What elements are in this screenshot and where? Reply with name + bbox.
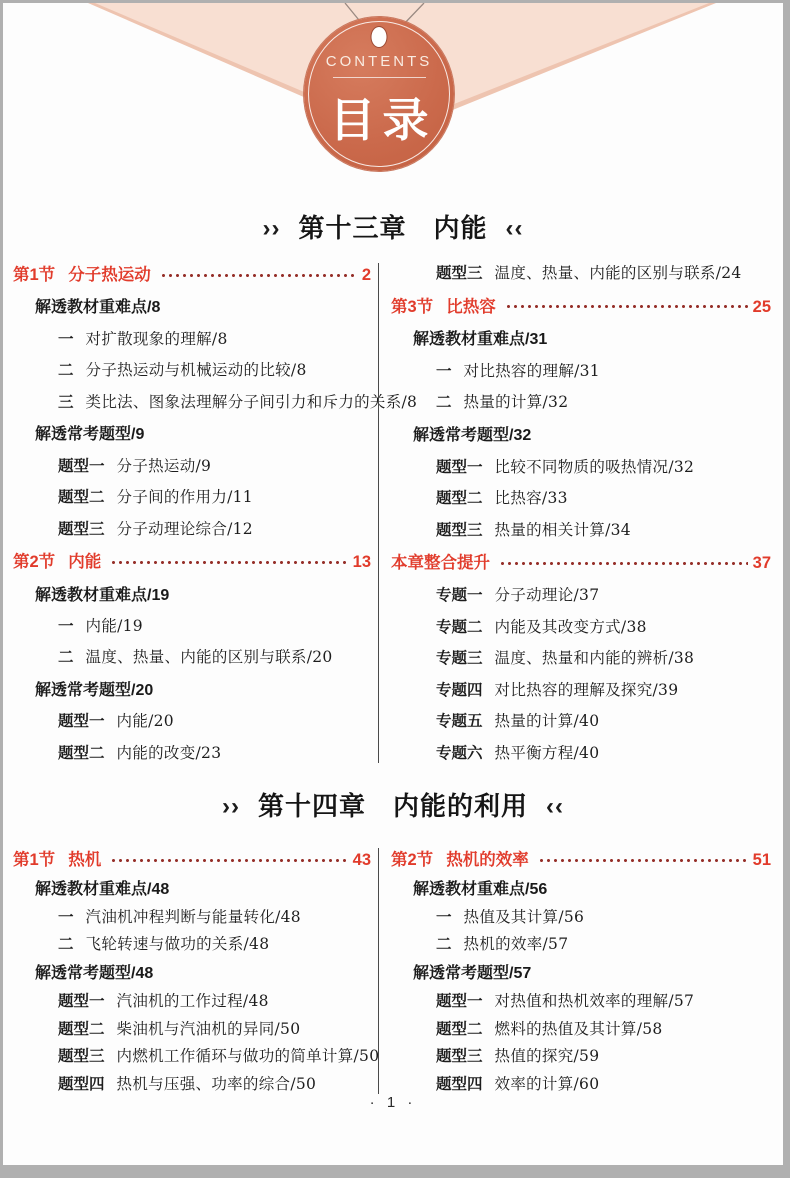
item-text: 热量的相关计算/34 [495, 518, 631, 540]
chapter-title: 第十三章 内能 [298, 213, 487, 243]
item-text: 分子热运动与机械运动的比较/8 [86, 358, 307, 380]
chapter-heading: ››第十四章 内能的利用‹‹ [3, 786, 783, 823]
scanned-page: CONTENTS 目录 ››第十三章 内能‹‹第1节分子热运动2解透教材重难点/… [3, 3, 783, 1165]
item-prefix: 二 [436, 390, 452, 412]
chevron-right-icon: ›› [222, 793, 240, 820]
section-title: 比热容 [446, 293, 496, 317]
item-text: 飞轮转速与做功的关系/48 [86, 932, 270, 954]
item-prefix: 一 [58, 327, 74, 349]
item-text: 分子间的作用力/11 [117, 485, 253, 507]
item-text: 对比热容的理解/31 [464, 359, 600, 381]
item-text: 汽油机冲程判断与能量转化/48 [86, 905, 301, 927]
item-text: 类比法、图象法理解分子间引力和斥力的关系/8 [86, 390, 418, 412]
chevron-right-icon: ›› [263, 215, 281, 242]
toc-item-row: 二飞轮转速与做功的关系/48 [13, 932, 371, 954]
item-prefix: 题型三 [436, 1044, 483, 1066]
toc-bold-row: 解透教材重难点/8 [13, 294, 371, 317]
section-label: 第2节 [13, 548, 55, 572]
toc-item-row: 专题四对比热容的理解及探究/39 [391, 678, 771, 700]
toc-bold-row: 解透常考题型/9 [13, 421, 371, 444]
toc-section-row: 第2节热机的效率51 [391, 846, 771, 870]
toc-section-row: 本章整合提升37 [391, 549, 771, 573]
item-prefix: 题型二 [58, 485, 105, 507]
item-prefix: 二 [58, 932, 74, 954]
toc-bold-row: 解透教材重难点/48 [13, 876, 371, 899]
item-prefix: 一 [436, 905, 452, 927]
toc-item-row: 一热值及其计算/56 [391, 905, 771, 927]
toc-item-row: 题型二分子间的作用力/11 [13, 485, 371, 507]
toc-item-row: 一内能/19 [13, 614, 371, 636]
toc-bold-row: 解透常考题型/20 [13, 677, 371, 700]
toc-bold-row: 解透常考题型/48 [13, 960, 371, 983]
item-prefix: 一 [58, 905, 74, 927]
dotted-leader [110, 858, 347, 863]
toc-column-right: 第2节热机的效率51解透教材重难点/56一热值及其计算/56二热机的效率/57解… [391, 844, 771, 1096]
toc-item-row: 一对扩散现象的理解/8 [13, 327, 371, 349]
item-prefix: 题型一 [58, 989, 105, 1011]
item-text: 效率的计算/60 [495, 1072, 600, 1094]
dotted-leader [505, 304, 748, 309]
toc-item-row: 题型三温度、热量、内能的区别与联系/24 [391, 261, 771, 283]
item-text: 对扩散现象的理解/8 [86, 327, 228, 349]
toc-item-row: 题型二内能的改变/23 [13, 741, 371, 763]
section-label: 第1节 [13, 846, 55, 870]
item-text: 热值的探究/59 [495, 1044, 600, 1066]
section-page-number: 43 [353, 851, 371, 870]
item-text: 温度、热量、内能的区别与联系/20 [86, 645, 333, 667]
item-prefix: 题型一 [436, 455, 483, 477]
item-prefix: 三 [58, 390, 74, 412]
item-prefix: 一 [436, 359, 452, 381]
section-title: 热机 [68, 846, 101, 870]
toc-item-row: 题型二比热容/33 [391, 486, 771, 508]
item-text: 汽油机的工作过程/48 [117, 989, 269, 1011]
section-page-number: 2 [362, 266, 371, 285]
item-text: 内能/20 [117, 709, 174, 731]
column-divider [378, 848, 379, 1094]
item-prefix: 专题五 [436, 709, 483, 731]
chevron-left-icon: ‹‹ [546, 793, 564, 820]
dotted-leader [110, 560, 347, 565]
item-text: 热量的计算/32 [464, 390, 569, 412]
badge-title: 目录 [304, 84, 454, 150]
item-text: 比较不同物质的吸热情况/32 [495, 455, 695, 477]
contents-badge: CONTENTS 目录 [304, 17, 454, 171]
toc-item-row: 题型一对热值和热机效率的理解/57 [391, 989, 771, 1011]
item-text: 内燃机工作循环与做功的简单计算/50 [117, 1044, 380, 1066]
badge-contents-label: CONTENTS [304, 53, 454, 70]
badge-divider-line [333, 77, 426, 78]
section-title: 内能 [68, 548, 101, 572]
item-prefix: 专题一 [436, 583, 483, 605]
toc-column-left: 第1节热机43解透教材重难点/48一汽油机冲程判断与能量转化/48二飞轮转速与做… [13, 844, 371, 1096]
badge-tag-hole [371, 26, 388, 48]
item-prefix: 题型三 [58, 1044, 105, 1066]
toc-item-row: 题型三分子动理论综合/12 [13, 517, 371, 539]
item-text: 温度、热量、内能的区别与联系/24 [495, 261, 742, 283]
toc-item-row: 题型一分子热运动/9 [13, 454, 371, 476]
item-prefix: 专题四 [436, 678, 483, 700]
item-prefix: 专题二 [436, 615, 483, 637]
toc-item-row: 题型四热机与压强、功率的综合/50 [13, 1072, 371, 1094]
item-text: 热平衡方程/40 [495, 741, 600, 763]
section-page-number: 13 [353, 553, 371, 572]
item-text: 比热容/33 [495, 486, 568, 508]
chevron-left-icon: ‹‹ [506, 215, 524, 242]
toc-column-left: 第1节分子热运动2解透教材重难点/8一对扩散现象的理解/8二分子热运动与机械运动… [13, 259, 371, 765]
toc-item-row: 题型三热值的探究/59 [391, 1044, 771, 1066]
item-prefix: 题型三 [58, 517, 105, 539]
section-page-number: 25 [753, 298, 771, 317]
toc-item-row: 二温度、热量、内能的区别与联系/20 [13, 645, 371, 667]
item-prefix: 二 [58, 645, 74, 667]
section-page-number: 37 [753, 554, 771, 573]
toc-item-row: 题型二燃料的热值及其计算/58 [391, 1017, 771, 1039]
toc-section-row: 第1节分子热运动2 [13, 261, 371, 285]
dotted-leader [499, 561, 748, 566]
item-text: 对热值和热机效率的理解/57 [495, 989, 695, 1011]
toc-item-row: 一对比热容的理解/31 [391, 359, 771, 381]
item-prefix: 专题六 [436, 741, 483, 763]
toc-item-row: 专题六热平衡方程/40 [391, 741, 771, 763]
item-prefix: 题型一 [436, 989, 483, 1011]
item-prefix: 专题三 [436, 646, 483, 668]
section-page-number: 51 [753, 851, 771, 870]
item-text: 热值及其计算/56 [464, 905, 585, 927]
item-prefix: 题型二 [58, 1017, 105, 1039]
section-title: 热机的效率 [446, 846, 529, 870]
section-label: 第2节 [391, 846, 433, 870]
item-text: 热机与压强、功率的综合/50 [117, 1072, 317, 1094]
item-prefix: 二 [58, 358, 74, 380]
toc-item-row: 二热量的计算/32 [391, 390, 771, 412]
toc-item-row: 一汽油机冲程判断与能量转化/48 [13, 905, 371, 927]
item-text: 内能/19 [86, 614, 143, 636]
toc-bold-row: 解透教材重难点/56 [391, 876, 771, 899]
page-number: · 1 · [3, 1094, 783, 1111]
toc-columns: 第1节热机43解透教材重难点/48一汽油机冲程判断与能量转化/48二飞轮转速与做… [3, 844, 783, 1096]
item-text: 内能及其改变方式/38 [495, 615, 647, 637]
section-title: 本章整合提升 [391, 549, 490, 573]
item-text: 热量的计算/40 [495, 709, 600, 731]
section-label: 第3节 [391, 293, 433, 317]
toc-columns: 第1节分子热运动2解透教材重难点/8一对扩散现象的理解/8二分子热运动与机械运动… [3, 259, 783, 765]
toc-item-row: 题型三内燃机工作循环与做功的简单计算/50 [13, 1044, 371, 1066]
item-prefix: 题型三 [436, 518, 483, 540]
item-prefix: 题型二 [58, 741, 105, 763]
toc-item-row: 题型一汽油机的工作过程/48 [13, 989, 371, 1011]
section-title: 分子热运动 [68, 261, 151, 285]
toc-item-row: 专题二内能及其改变方式/38 [391, 615, 771, 637]
item-prefix: 题型四 [436, 1072, 483, 1094]
toc-item-row: 二热机的效率/57 [391, 932, 771, 954]
item-prefix: 题型四 [58, 1072, 105, 1094]
item-prefix: 一 [58, 614, 74, 636]
toc-item-row: 题型三热量的相关计算/34 [391, 518, 771, 540]
toc-item-row: 专题三温度、热量和内能的辨析/38 [391, 646, 771, 668]
toc-section-row: 第1节热机43 [13, 846, 371, 870]
item-prefix: 题型二 [436, 486, 483, 508]
dotted-leader [160, 273, 357, 278]
chapter-heading: ››第十三章 内能‹‹ [3, 208, 783, 245]
dotted-leader [538, 858, 748, 863]
toc-bold-row: 解透常考题型/32 [391, 422, 771, 445]
item-prefix: 题型一 [58, 709, 105, 731]
column-divider [378, 263, 379, 763]
toc-item-row: 专题五热量的计算/40 [391, 709, 771, 731]
toc-bold-row: 解透教材重难点/31 [391, 326, 771, 349]
toc-column-right: 题型三温度、热量、内能的区别与联系/24第3节比热容25解透教材重难点/31一对… [391, 259, 771, 765]
item-prefix: 题型一 [58, 454, 105, 476]
item-text: 对比热容的理解及探究/39 [495, 678, 679, 700]
chapter-title: 第十四章 内能的利用 [258, 791, 528, 821]
item-text: 内能的改变/23 [117, 741, 222, 763]
toc-bold-row: 解透教材重难点/19 [13, 582, 371, 605]
item-prefix: 题型三 [436, 261, 483, 283]
item-text: 燃料的热值及其计算/58 [495, 1017, 663, 1039]
item-text: 分子热运动/9 [117, 454, 212, 476]
item-text: 柴油机与汽油机的异同/50 [117, 1017, 301, 1039]
toc-section-row: 第2节内能13 [13, 548, 371, 572]
item-text: 分子动理论/37 [495, 583, 600, 605]
toc-item-row: 题型四效率的计算/60 [391, 1072, 771, 1094]
item-text: 温度、热量和内能的辨析/38 [495, 646, 695, 668]
toc-item-row: 二分子热运动与机械运动的比较/8 [13, 358, 371, 380]
item-prefix: 题型二 [436, 1017, 483, 1039]
toc-item-row: 题型一比较不同物质的吸热情况/32 [391, 455, 771, 477]
toc-bold-row: 解透常考题型/57 [391, 960, 771, 983]
item-text: 分子动理论综合/12 [117, 517, 253, 539]
toc-item-row: 题型二柴油机与汽油机的异同/50 [13, 1017, 371, 1039]
item-text: 热机的效率/57 [464, 932, 569, 954]
toc-item-row: 题型一内能/20 [13, 709, 371, 731]
toc-section-row: 第3节比热容25 [391, 293, 771, 317]
section-label: 第1节 [13, 261, 55, 285]
item-prefix: 二 [436, 932, 452, 954]
toc-item-row: 三类比法、图象法理解分子间引力和斥力的关系/8 [13, 390, 371, 412]
toc-item-row: 专题一分子动理论/37 [391, 583, 771, 605]
